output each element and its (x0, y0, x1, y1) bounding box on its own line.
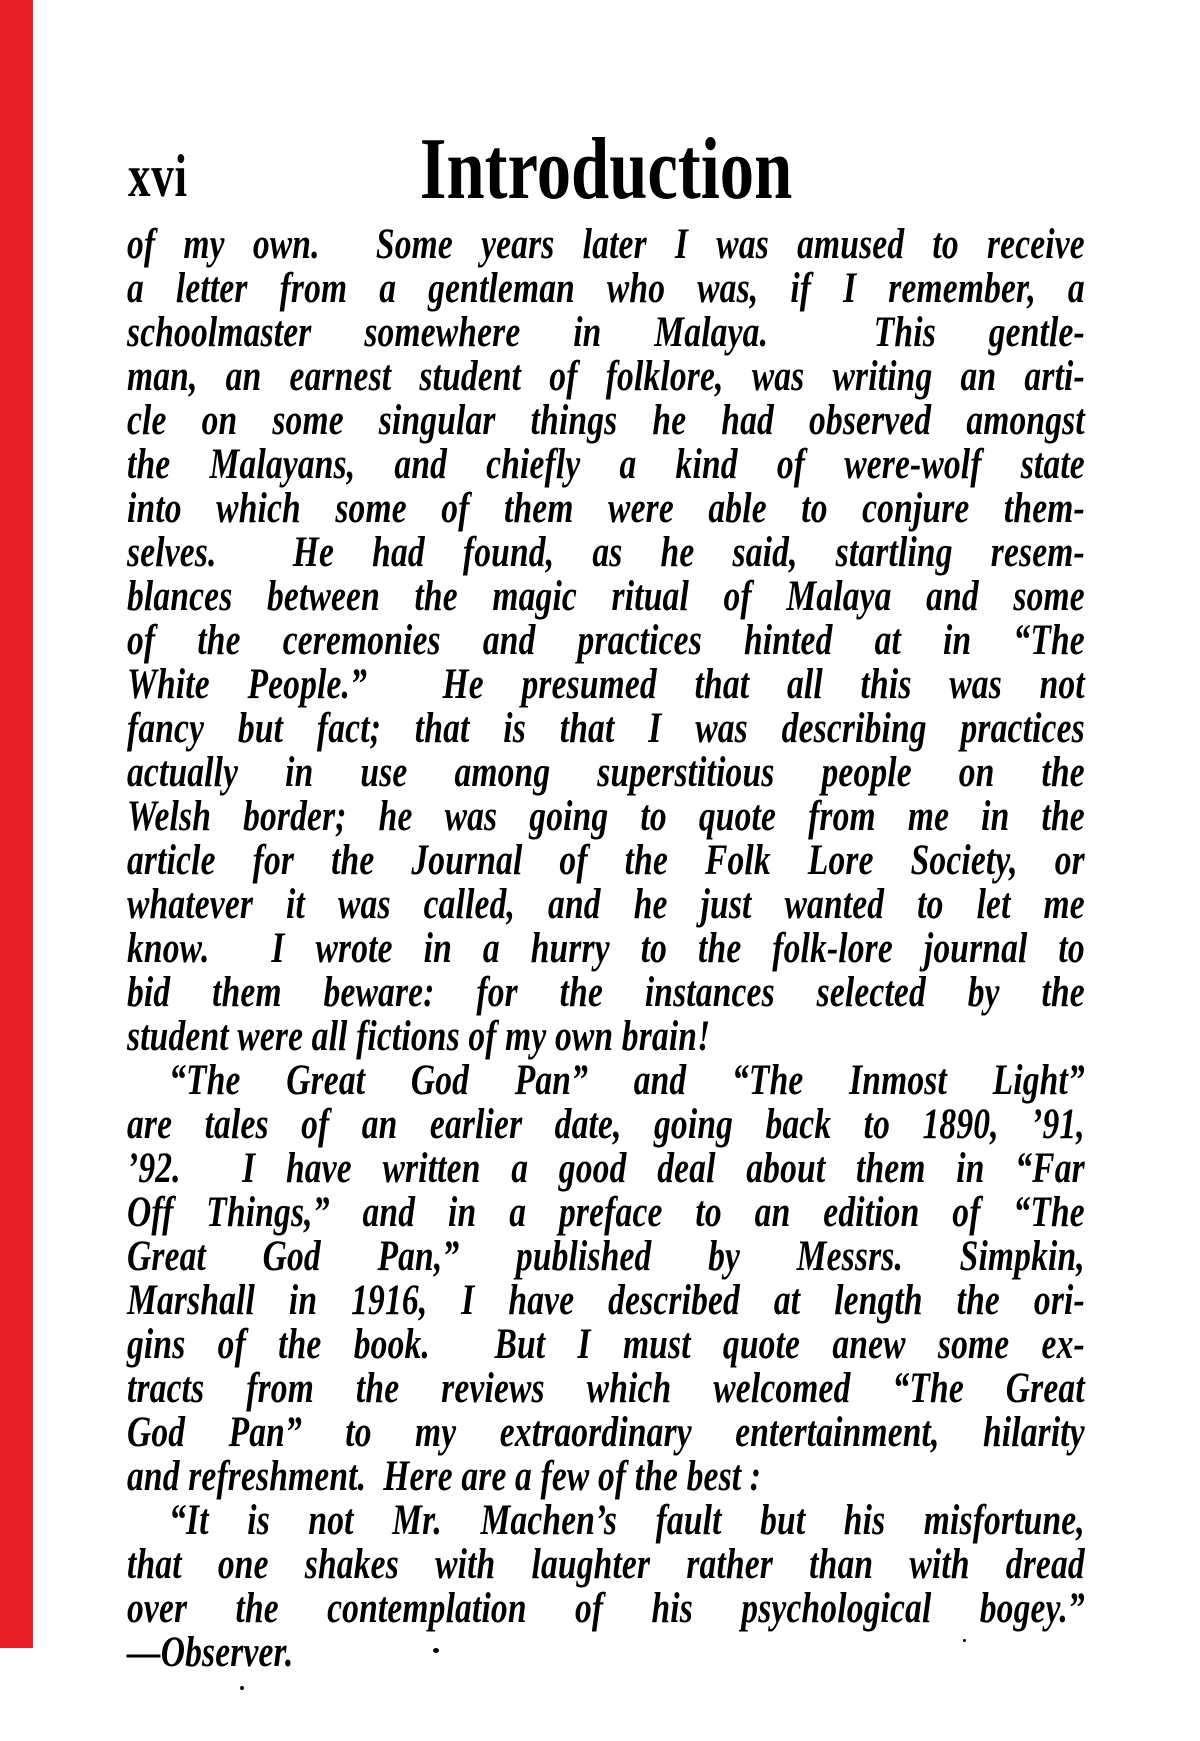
scan-red-edge-band (0, 0, 33, 1648)
text-line: “It is not Mr. Machen’s fault but his mi… (127, 1499, 1085, 1543)
body-text: of my own. Some years later I was amused… (127, 223, 1085, 1675)
page-title: Introduction (232, 130, 979, 210)
text-line: tracts from the reviews which welcomed “… (127, 1367, 1085, 1411)
text-line: of my own. Some years later I was amused… (127, 223, 1085, 267)
text-line: blances between the magic ritual of Mala… (127, 575, 1085, 619)
ink-speck (963, 1639, 966, 1642)
book-page: xvi Introduction of my own. Some years l… (0, 0, 1200, 1741)
text-line: ’92. I have written a good deal about th… (127, 1147, 1085, 1191)
text-line: actually in use among superstitious peop… (127, 751, 1085, 795)
text-line: —Observer. (127, 1631, 1085, 1675)
text-line: gins of the book. But I must quote anew … (127, 1323, 1085, 1367)
ink-speck (240, 1686, 244, 1690)
text-line: know. I wrote in a hurry to the folk-lor… (127, 927, 1085, 971)
text-line: that one shakes with laughter rather tha… (127, 1543, 1085, 1587)
text-line: Off Things,” and in a preface to an edit… (127, 1191, 1085, 1235)
text-line: bid them beware: for the instances selec… (127, 971, 1085, 1015)
text-line: fancy but fact; that is that I was descr… (127, 707, 1085, 751)
text-line: student were all fictions of my own brai… (127, 1015, 1085, 1059)
text-line: schoolmaster somewhere in Malaya. This g… (127, 311, 1085, 355)
text-line: cle on some singular things he had obser… (127, 399, 1085, 443)
text-line: into which some of them were able to con… (127, 487, 1085, 531)
text-line: whatever it was called, and he just want… (127, 883, 1085, 927)
text-line: and refreshment. Here are a few of the b… (127, 1455, 1085, 1499)
text-line: White People.” He presumed that all this… (127, 663, 1085, 707)
text-line: “The Great God Pan” and “The Inmost Ligh… (127, 1059, 1085, 1103)
text-line: article for the Journal of the Folk Lore… (127, 839, 1085, 883)
text-line: over the contemplation of his psychologi… (127, 1587, 1085, 1631)
text-line: a letter from a gentleman who was, if I … (127, 267, 1085, 311)
text-line: are tales of an earlier date, going back… (127, 1103, 1085, 1147)
text-line: God Pan” to my extraordinary entertainme… (127, 1411, 1085, 1455)
ink-speck (433, 1648, 439, 1653)
text-line: man, an earnest student of folklore, was… (127, 355, 1085, 399)
text-line: Welsh border; he was going to quote from… (127, 795, 1085, 839)
text-line: the Malayans, and chiefly a kind of were… (127, 443, 1085, 487)
text-line: selves. He had found, as he said, startl… (127, 531, 1085, 575)
text-line: Marshall in 1916, I have described at le… (127, 1279, 1085, 1323)
text-line: Great God Pan,” published by Messrs. Sim… (127, 1235, 1085, 1279)
text-line: of the ceremonies and practices hinted a… (127, 619, 1085, 663)
page-number: xvi (128, 146, 188, 206)
